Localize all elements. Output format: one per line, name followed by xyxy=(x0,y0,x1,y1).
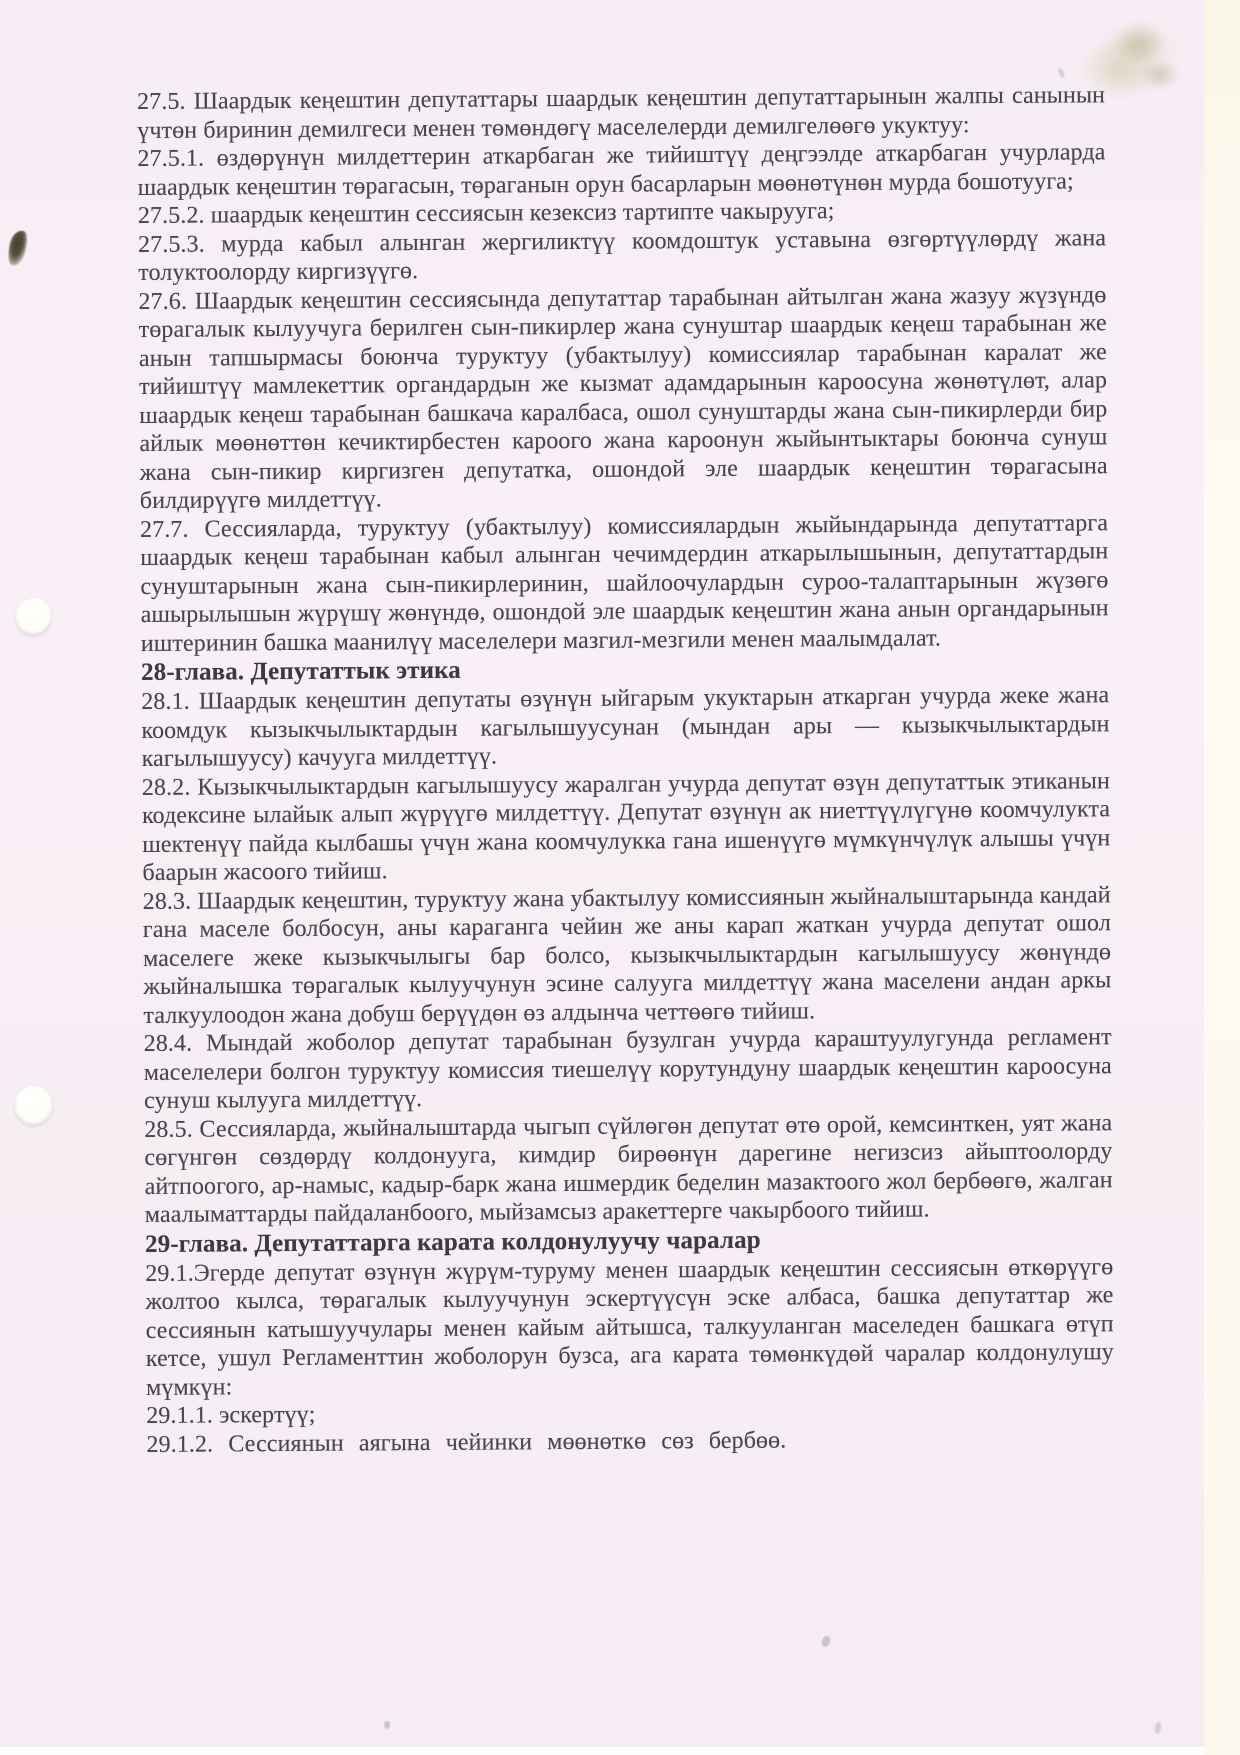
paragraph-27-5-1: 27.5.1. өздөрүнүн милдеттерин аткарбаган… xyxy=(137,138,1105,202)
hole-punch-top xyxy=(15,598,52,636)
scan-smudge-artifact xyxy=(1062,0,1202,125)
paragraph-27-7: 27.7. Сессияларда, туруктуу (убактылуу) … xyxy=(140,509,1109,658)
paragraph-27-6: 27.6. Шаардык кеңештин сессиясында депут… xyxy=(138,281,1108,516)
scan-edge-right xyxy=(1204,0,1240,1755)
paragraph-29-1-2: 29.1.2. Сессиянын аягына чейинки мөөнөтк… xyxy=(146,1424,1114,1459)
scan-edge-bottom xyxy=(0,1747,1204,1755)
paragraph-29-1: 29.1.Эгерде депутат өзүнүн жүрүм-туруму … xyxy=(145,1253,1114,1402)
ink-spot-artifact xyxy=(5,228,30,267)
paragraph-28-5: 28.5. Сессияларда, жыйналыштарда чыгып с… xyxy=(144,1109,1113,1230)
paragraph-28-2: 28.2. Кызыкчылыктардын кагылышуусу жарал… xyxy=(142,767,1111,888)
paragraph-28-4: 28.4. Мындай жоболор депутат тарабынан б… xyxy=(144,1023,1113,1115)
paragraph-27-5-3: 27.5.3. мурда кабыл алынган жергиликтүү … xyxy=(138,224,1106,288)
scanned-document-page: 27.5. Шаардык кеңештин депутаттары шаард… xyxy=(0,0,1204,1747)
paper-speck xyxy=(820,1635,831,1648)
paper-speck xyxy=(1154,1722,1162,1735)
paragraph-27-5: 27.5. Шаардык кеңештин депутаттары шаард… xyxy=(137,81,1105,145)
document-text-block: 27.5. Шаардык кеңештин депутаттары шаард… xyxy=(137,81,1115,1459)
hole-punch-bottom xyxy=(14,1086,53,1126)
paragraph-28-3: 28.3. Шаардык кеңештин, туруктуу жана уб… xyxy=(143,881,1112,1030)
paper-speck xyxy=(384,1721,390,1729)
paragraph-28-1: 28.1. Шаардык кеңештин депутаты өзүнүн ы… xyxy=(141,681,1110,773)
